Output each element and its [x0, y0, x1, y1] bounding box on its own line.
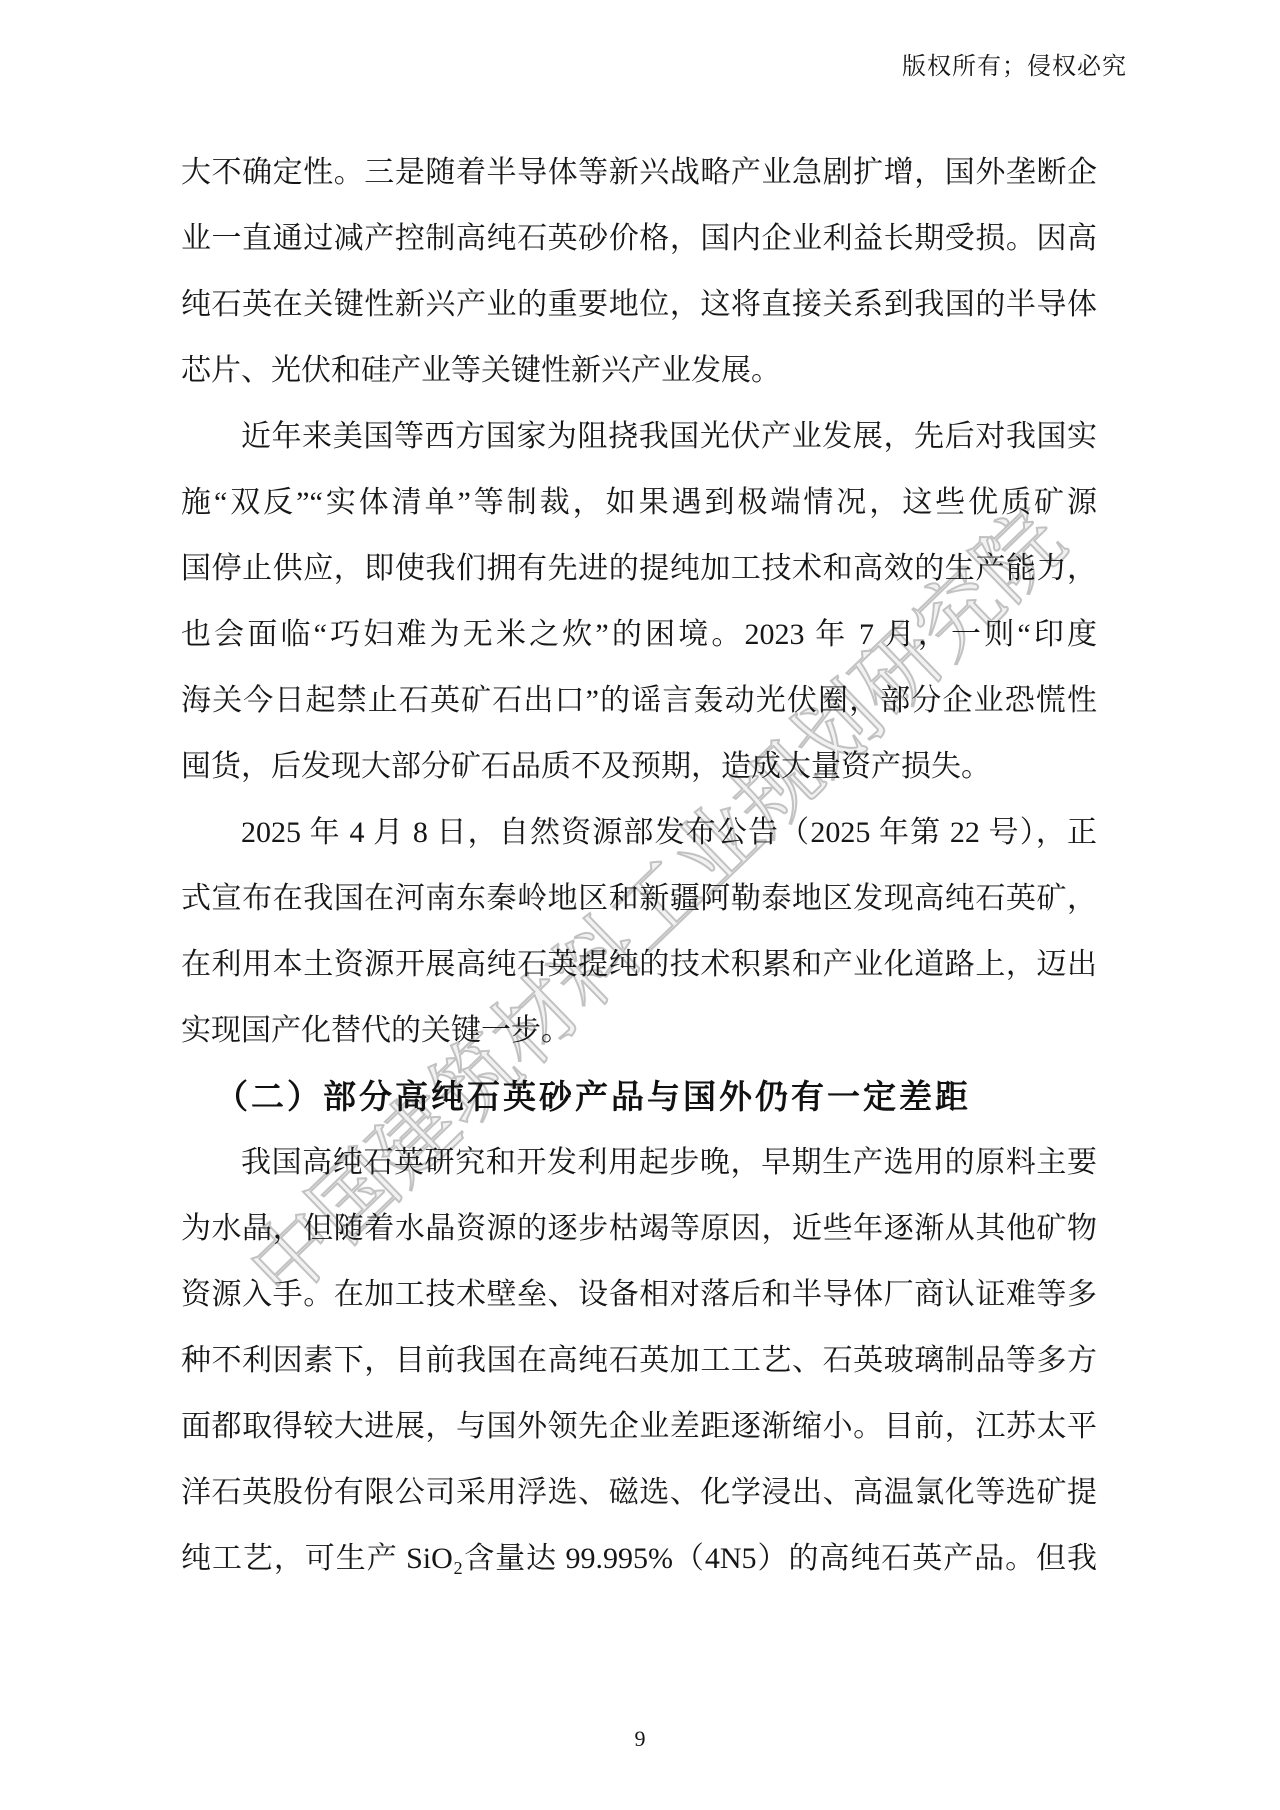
body-line: 资源入手。在加工技术壁垒、设备相对落后和半导体厂商认证难等多: [181, 1262, 1097, 1328]
body-line: 2025 年 4 月 8 日，自然资源部发布公告（2025 年第 22 号），正: [181, 800, 1097, 866]
body-line: 业一直通过减产控制高纯石英砂价格，国内企业利益长期受损。因高: [181, 206, 1097, 272]
body-line: 近年来美国等西方国家为阻挠我国光伏产业发展，先后对我国实: [181, 404, 1097, 470]
section-heading: （二）部分高纯石英砂产品与国外仍有一定差距: [181, 1064, 1097, 1130]
body-line: 洋石英股份有限公司采用浮选、磁选、化学浸出、高温氯化等选矿提: [181, 1460, 1097, 1526]
body-line: 纯工艺，可生产 SiO₂含量达 99.995%（4N5）的高纯石英产品。但我: [181, 1526, 1097, 1592]
copyright-notice: 版权所有；侵权必究: [902, 46, 1127, 81]
body-line: 施“双反”“实体清单”等制裁，如果遇到极端情况，这些优质矿源: [181, 470, 1097, 536]
body-line: 在利用本土资源开展高纯石英提纯的技术积累和产业化道路上，迈出: [181, 932, 1097, 998]
body-line: 囤货，后发现大部分矿石品质不及预期，造成大量资产损失。: [181, 734, 1097, 800]
page-number: 9: [0, 1726, 1280, 1752]
body-line: 国停止供应，即使我们拥有先进的提纯加工技术和高效的生产能力，: [181, 536, 1097, 602]
body-line: 式宣布在我国在河南东秦岭地区和新疆阿勒泰地区发现高纯石英矿，: [181, 866, 1097, 932]
body-line: 芯片、光伏和硅产业等关键性新兴产业发展。: [181, 338, 1097, 404]
body-line: 种不利因素下，目前我国在高纯石英加工工艺、石英玻璃制品等多方: [181, 1328, 1097, 1394]
document-body: 大不确定性。三是随着半导体等新兴战略产业急剧扩增，国外垄断企业一直通过减产控制高…: [181, 140, 1097, 1592]
body-line: 纯石英在关键性新兴产业的重要地位，这将直接关系到我国的半导体: [181, 272, 1097, 338]
document-page: 中国建筑材料工业规划研究院 版权所有；侵权必究 大不确定性。三是随着半导体等新兴…: [0, 0, 1280, 1810]
body-line: 我国高纯石英研究和开发利用起步晚，早期生产选用的原料主要: [181, 1130, 1097, 1196]
body-line: 面都取得较大进展，与国外领先企业差距逐渐缩小。目前，江苏太平: [181, 1394, 1097, 1460]
body-line: 也会面临“巧妇难为无米之炊”的困境。2023 年 7 月，一则“印度: [181, 602, 1097, 668]
body-line: 实现国产化替代的关键一步。: [181, 998, 1097, 1064]
body-line: 海关今日起禁止石英矿石出口”的谣言轰动光伏圈，部分企业恐慌性: [181, 668, 1097, 734]
body-line: 为水晶，但随着水晶资源的逐步枯竭等原因，近些年逐渐从其他矿物: [181, 1196, 1097, 1262]
body-line: 大不确定性。三是随着半导体等新兴战略产业急剧扩增，国外垄断企: [181, 140, 1097, 206]
